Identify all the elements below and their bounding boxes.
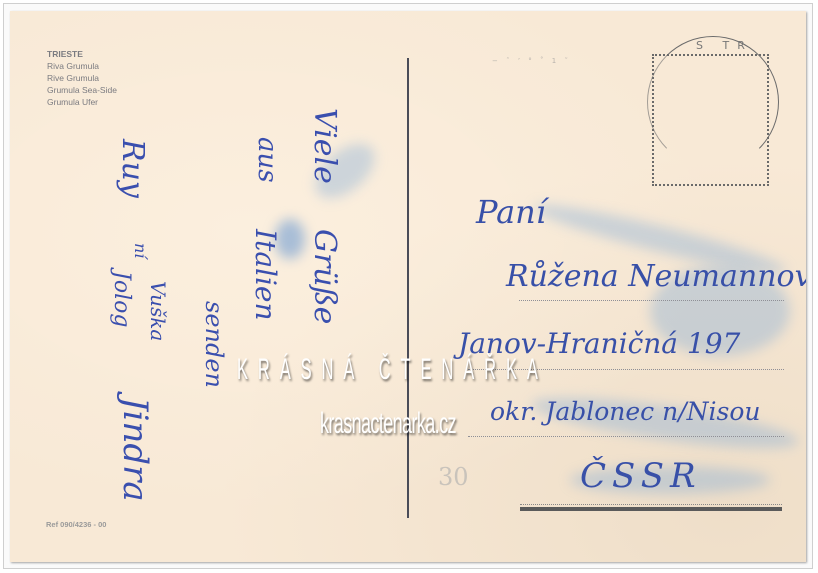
- center-divider: [407, 58, 409, 518]
- caption-line: Grumula Ufer: [47, 96, 117, 108]
- printed-caption: TRIESTE Riva Grumula Rive Grumula Grumul…: [47, 48, 117, 108]
- postcard-back: TRIESTE Riva Grumula Rive Grumula Grumul…: [10, 11, 806, 562]
- address-district: okr. Jablonec n/Nisou: [490, 397, 761, 426]
- message-word: Grüße: [307, 229, 342, 324]
- message-word: senden: [200, 301, 228, 388]
- pencil-note: 30: [438, 463, 469, 491]
- stamp-box: [652, 54, 769, 186]
- watermark-title: KRÁSNÁ ČTENÁŘKA: [237, 353, 548, 387]
- address-country: ČSSR: [580, 456, 702, 496]
- address-line: [520, 504, 782, 505]
- faint-print: − ˆ ’ ° ˚ 1 ˜: [492, 57, 571, 65]
- message-word: Jolog: [109, 271, 134, 327]
- message-word: Vuška: [146, 281, 170, 341]
- caption-line: TRIESTE: [47, 48, 117, 60]
- message-word: Ruy: [115, 139, 150, 198]
- message-word: Viele: [307, 108, 342, 184]
- address-line: [468, 436, 784, 437]
- postmark-text: S TR: [696, 39, 753, 52]
- address-line: [519, 300, 784, 301]
- signature: Jindra: [115, 397, 155, 502]
- address-base-line: [520, 507, 782, 511]
- caption-line: Rive Grumula: [47, 72, 117, 84]
- message-word: aus: [252, 137, 282, 183]
- message-word: ní: [131, 243, 150, 258]
- watermark-url: krasnactenarka.cz: [320, 407, 456, 441]
- address-name: Růžena Neumannová: [506, 259, 806, 294]
- message-word: Italien: [249, 229, 282, 321]
- reference-number: Ref 090/4236 - 00: [46, 520, 106, 529]
- address-salutation: Paní: [476, 193, 546, 231]
- caption-line: Grumula Sea-Side: [47, 84, 117, 96]
- caption-line: Riva Grumula: [47, 60, 117, 72]
